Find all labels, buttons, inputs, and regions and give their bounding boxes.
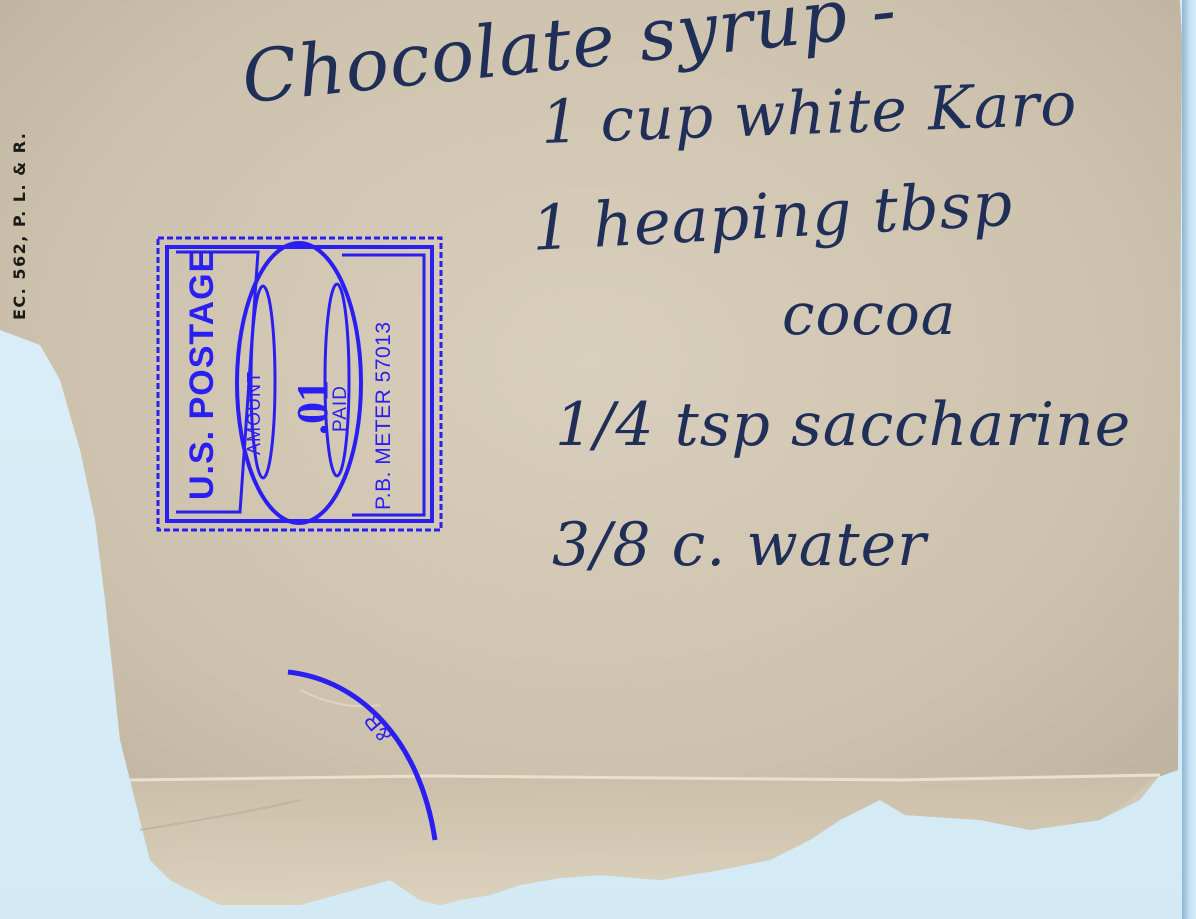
meter-paid-label: PAID: [330, 385, 352, 432]
meter-amount-label: AMOUNT: [244, 371, 265, 455]
recipe-ingredient: 3/8 c. water: [552, 510, 927, 580]
meter-number-label: P.B. METER 57013: [372, 321, 396, 510]
torn-flap: [130, 775, 1160, 905]
meter-country-label: U.S. POSTAGE: [183, 249, 222, 500]
envelope-printer-code: EC. 562, P. L. & R.: [10, 132, 29, 320]
recipe-ingredient: cocoa: [782, 280, 956, 348]
recipe-ingredient: 1/4 tsp saccharine: [555, 390, 1131, 460]
